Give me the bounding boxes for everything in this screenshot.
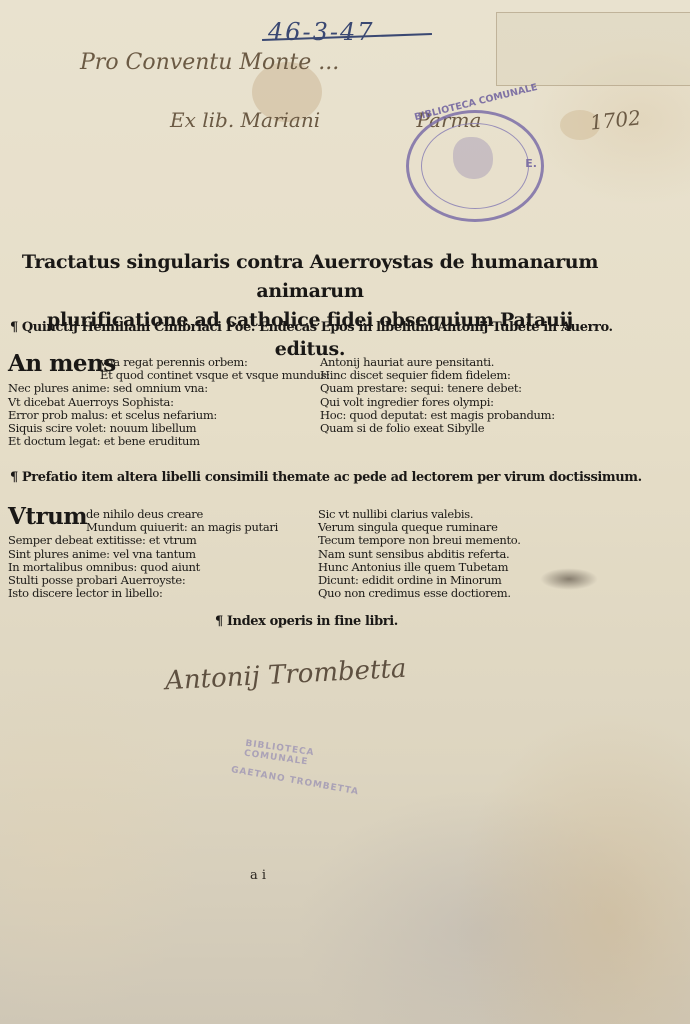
verse-line: Qui volt ingredier fores olympi:: [320, 396, 610, 409]
verse-line: Error prob malus: et scelus nefarium:: [8, 409, 308, 422]
verse-line: Sint plures anime: vel vna tantum: [8, 548, 308, 561]
verse-line: Quam si de folio exeat Sibylle: [320, 422, 610, 435]
verse-line: Nam sunt sensibus abditis referta.: [318, 548, 608, 561]
ink-smudge: [540, 568, 598, 590]
epigram-left-column: vna regat perennis orbem: Et quod contin…: [8, 356, 308, 448]
stamp-emblem-icon: [453, 137, 493, 179]
preface-heading: ¶Prefatio item altera libelli consimili …: [10, 470, 642, 485]
handwritten-signature: Antonij Trombetta: [164, 654, 407, 697]
provenance-year: 1702: [589, 105, 642, 134]
preface-left-column: de nihilo deus creare Mundum quiuerit: a…: [8, 508, 308, 600]
verse-line: Tecum tempore non breui memento.: [318, 534, 608, 547]
stamp-text-side: E.: [525, 157, 537, 170]
book-title: Tractatus singularis contra Auerroystas …: [20, 248, 600, 364]
preface-heading-text: Prefatio item altera libelli consimili t…: [22, 470, 642, 485]
verse-line: Semper debeat extitisse: et vtrum: [8, 534, 308, 547]
shelfmark: 46-3-47: [268, 18, 375, 46]
epigram-heading: ¶Quinctij Hemiliani Cimbriaci Poe. Endec…: [10, 320, 613, 335]
verse-line: In mortalibus omnibus: quod aiunt: [8, 561, 308, 574]
library-stamp: BIBLIOTECA COMUNALE E.: [406, 110, 544, 222]
epigram-right-column: Antonij hauriat aure pensitanti. Hinc di…: [320, 356, 610, 435]
pilcrow-icon: ¶: [10, 320, 18, 335]
pilcrow-icon: ¶: [215, 614, 223, 629]
verse-line: Et doctum legat: et bene eruditum: [8, 435, 308, 448]
epigram-heading-text: Quinctij Hemiliani Cimbriaci Poe. Endeca…: [22, 320, 613, 335]
verse-line: Hoc: quod deputat: est magis probandum:: [320, 409, 610, 422]
tape-repair: [496, 12, 690, 86]
foliation-mark: a i: [250, 868, 266, 883]
verse-line: Isto discere lector in libello:: [8, 587, 308, 600]
stamp-text-top: BIBLIOTECA COMUNALE: [402, 79, 550, 126]
verse-line: Nec plures anime: sed omnium vna:: [8, 382, 308, 395]
faded-library-stamp: BIBLIOTECA COMUNALE GAETANO TROMBETTA: [230, 748, 380, 788]
pilcrow-icon: ¶: [10, 470, 18, 485]
title-line-1: Tractatus singularis contra Auerroystas …: [20, 248, 600, 306]
index-note-text: Index operis in fine libri.: [227, 614, 398, 629]
provenance-note-line1: Pro Conventu Monte ...: [80, 50, 339, 75]
provenance-owner: Ex lib. Mariani: [170, 108, 320, 132]
index-note: ¶Index operis in fine libri.: [215, 614, 398, 629]
verse-line: Quam prestare: sequi: tenere debet:: [320, 382, 610, 395]
verse-line: Vt dicebat Auerroys Sophista:: [8, 396, 308, 409]
